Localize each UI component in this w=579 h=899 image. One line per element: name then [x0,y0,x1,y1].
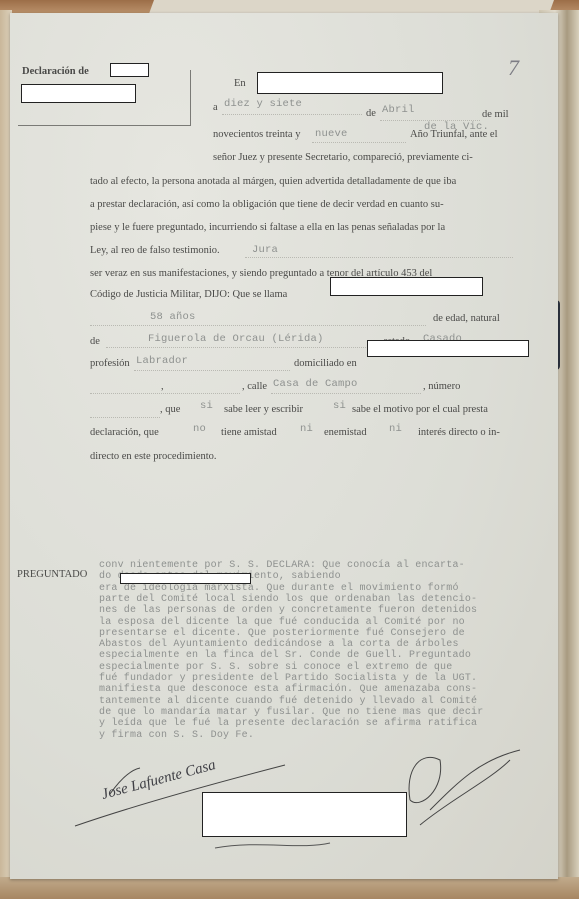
signatures [0,0,579,899]
redacted-signature [202,792,407,837]
